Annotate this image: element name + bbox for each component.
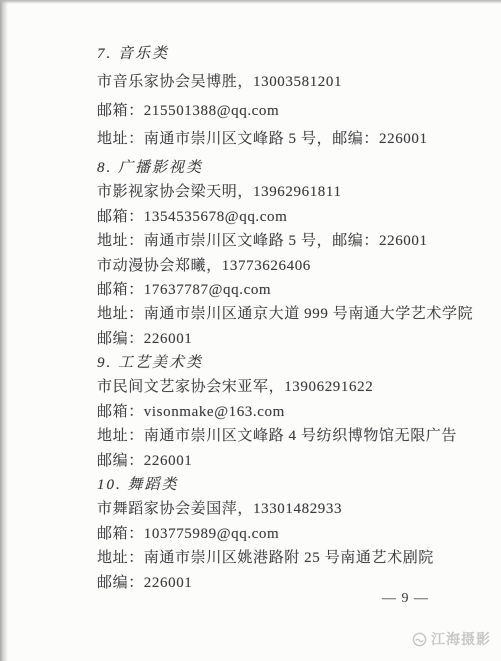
jianghai-photography-watermark: 江海摄影	[412, 629, 491, 649]
page-number: — 9 —	[382, 591, 429, 607]
contact-line: 市民间文艺家协会宋亚军，13906291622	[97, 375, 467, 399]
email-line: 邮箱：1354535678@qq.com	[97, 205, 467, 229]
contact-line: 市音乐家协会吴博胜，13003581201	[97, 70, 467, 94]
address-line: 地址：南通市崇川区通京大道 999 号南通大学艺术学院	[97, 302, 467, 326]
address-line: 地址：南通市崇川区姚港路附 25 号南通艺术剧院	[97, 546, 467, 570]
postcode-line: 邮编：226001	[97, 327, 467, 351]
contact-line: 市舞蹈家协会姜国萍，13301482933	[97, 497, 467, 521]
watermark-logo-icon	[412, 632, 427, 647]
contact-line: 市影视家协会梁天明，13962961811	[97, 180, 467, 204]
section-heading-music: 7. 音乐类	[97, 42, 467, 66]
document-content: 7. 音乐类 市音乐家协会吴博胜，13003581201 邮箱：21550138…	[97, 42, 467, 595]
document-page: 7. 音乐类 市音乐家协会吴博胜，13003581201 邮箱：21550138…	[0, 0, 501, 661]
scan-edge-left	[0, 0, 8, 661]
scan-edge-top	[0, 0, 501, 4]
email-line: 邮箱：17637787@qq.com	[97, 278, 467, 302]
address-line: 地址：南通市崇川区文峰路 5 号，邮编：226001	[97, 229, 467, 253]
section-heading-arts-crafts: 9. 工艺美术类	[97, 351, 467, 375]
email-line: 邮箱：visonmake@163.com	[97, 400, 467, 424]
watermark-text: 江海摄影	[431, 629, 491, 649]
section-heading-broadcast-film: 8. 广播影视类	[97, 156, 467, 180]
address-line: 地址：南通市崇川区文峰路 5 号，邮编：226001	[97, 127, 467, 151]
postcode-line: 邮编：226001	[97, 449, 467, 473]
contact-line: 市动漫协会郑曦，13773626406	[97, 254, 467, 278]
email-line: 邮箱：215501388@qq.com	[97, 99, 467, 123]
email-line: 邮箱：103775989@qq.com	[97, 522, 467, 546]
section-heading-dance: 10. 舞蹈类	[97, 473, 467, 497]
address-line: 地址：南通市崇川区文峰路 4 号纺织博物馆无限广告	[97, 424, 467, 448]
